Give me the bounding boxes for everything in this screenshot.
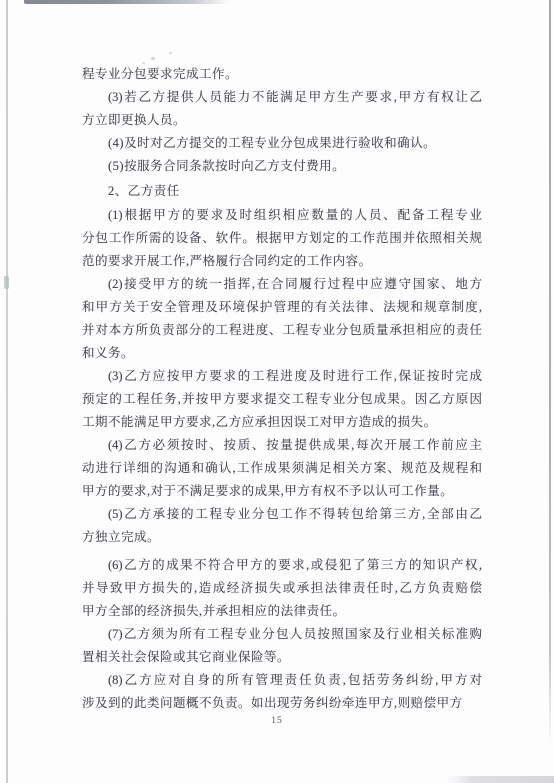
party-b-clause-8: (8)乙方应对自身的所有管理责任负责,包括劳务纠纷,甲方对 涉及到的此类问题概不… (82, 669, 482, 715)
text-line: (5)按服务合同条款按时向乙方支付费用。 (82, 155, 482, 178)
text-line: (4)乙方必须按时、按质、按量提供成果,每次开展工作前应主 (82, 434, 482, 457)
text-line: 方立即更换人员。 (82, 109, 482, 132)
text-line: 动进行详细的沟通和确认,工作成果须满足相关方案、规范及规程和 (82, 457, 482, 480)
party-a-clause-3: (3)若乙方提供人员能力不能满足甲方生产要求,甲方有权让乙 方立即更换人员。 (82, 86, 482, 132)
party-a-clause-4: (4)及时对乙方提交的工程专业分包成果进行验收和确认。 (82, 132, 482, 155)
text-line: (3)乙方应按甲方要求的工程进度及时进行工作,保证按时完成 (82, 365, 482, 388)
scan-right-edge-line (549, 0, 551, 745)
party-b-clause-3: (3)乙方应按甲方要求的工程进度及时进行工作,保证按时完成 预定的工程任务,并按… (82, 365, 482, 434)
page-number: 15 (0, 716, 554, 726)
text-line: (1)根据甲方的要求及时组织相应数量的人员、配备工程专业 (82, 204, 482, 227)
paragraph-continuation: 程专业分包要求完成工作。 (82, 63, 482, 86)
text-line: 并导致甲方损失的,造成经济损失或承担法律责任时,乙方负责赔偿 (82, 577, 482, 600)
text-line: 置相关社会保险或其它商业保险等。 (82, 646, 482, 669)
text-line: (7)乙方须为所有工程专业分包人员按照国家及行业相关标准购 (82, 623, 482, 646)
party-b-clause-1: (1)根据甲方的要求及时组织相应数量的人员、配备工程专业 分包工作所需的设备、软… (82, 204, 482, 273)
party-b-clause-5: (5)乙方承接的工程专业分包工作不得转包给第三方,全部由乙 方独立完成。 (82, 503, 482, 549)
party-b-clause-4: (4)乙方必须按时、按质、按量提供成果,每次开展工作前应主 动进行详细的沟通和确… (82, 434, 482, 503)
text-line: 和义务。 (82, 342, 482, 365)
text-line: 并对本方所负责部分的工程进度、工程专业分包质量承担相应的责任 (82, 319, 482, 342)
scanned-contract-page: 程专业分包要求完成工作。 (3)若乙方提供人员能力不能满足甲方生产要求,甲方有权… (0, 0, 554, 783)
party-a-clause-5: (5)按服务合同条款按时向乙方支付费用。 (82, 155, 482, 178)
contract-text-block: 程专业分包要求完成工作。 (3)若乙方提供人员能力不能满足甲方生产要求,甲方有权… (82, 63, 482, 715)
section-heading-text: 2、乙方责任 (82, 180, 482, 203)
text-line: (4)及时对乙方提交的工程专业分包成果进行验收和确认。 (82, 132, 482, 155)
text-line: (2)接受甲方的统一指挥,在合同履行过程中应遵守国家、地方 (82, 273, 482, 296)
scan-left-edge-line (6, 0, 8, 783)
party-b-clause-7: (7)乙方须为所有工程专业分包人员按照国家及行业相关标准购 置相关社会保险或其它… (82, 623, 482, 669)
text-line: 范的要求开展工作,严格履行合同约定的工作内容。 (82, 250, 482, 273)
text-line: 工期不能满足甲方要求,乙方应承担因误工对甲方造成的损失。 (82, 411, 482, 434)
text-line: (6)乙方的成果不符合甲方的要求,或侵犯了第三方的知识产权, (82, 554, 482, 577)
scan-left-edge-blob (4, 276, 9, 289)
text-line: 程专业分包要求完成工作。 (82, 63, 482, 86)
text-line: 甲方全部的经济损失,并承担相应的法律责任。 (82, 600, 482, 623)
text-line: 甲方的要求,对于不满足要求的成果,甲方有权不予以认可工作量。 (82, 480, 482, 503)
scan-top-edge-smudge (24, 0, 229, 4)
text-line: (8)乙方应对自身的所有管理责任负责,包括劳务纠纷,甲方对 (82, 669, 482, 692)
text-line: 涉及到的此类问题概不负责。如出现劳务纠纷牵连甲方,则赔偿甲方 (82, 692, 482, 715)
text-line: 分包工作所需的设备、软件。根据甲方划定的工作范围并依照相关规 (82, 227, 482, 250)
text-line: 预定的工程任务,并按甲方要求提交工程专业分包成果。因乙方原因 (82, 388, 482, 411)
text-line: 方独立完成。 (82, 526, 482, 549)
text-line: (5)乙方承接的工程专业分包工作不得转包给第三方,全部由乙 (82, 503, 482, 526)
scan-speck (151, 57, 155, 60)
section-heading-party-b-duties: 2、乙方责任 (82, 180, 482, 203)
party-b-clause-6: (6)乙方的成果不符合甲方的要求,或侵犯了第三方的知识产权, 并导致甲方损失的,… (82, 554, 482, 623)
text-line: 和甲方关于安全管理及环境保护管理的有关法律、法规和规章制度, (82, 296, 482, 319)
party-b-clause-2: (2)接受甲方的统一指挥,在合同履行过程中应遵守国家、地方 和甲方关于安全管理及… (82, 273, 482, 365)
scan-speck (169, 52, 172, 54)
scan-bottom-right-shadow (446, 776, 554, 783)
text-line: (3)若乙方提供人员能力不能满足甲方生产要求,甲方有权让乙 (82, 86, 482, 109)
